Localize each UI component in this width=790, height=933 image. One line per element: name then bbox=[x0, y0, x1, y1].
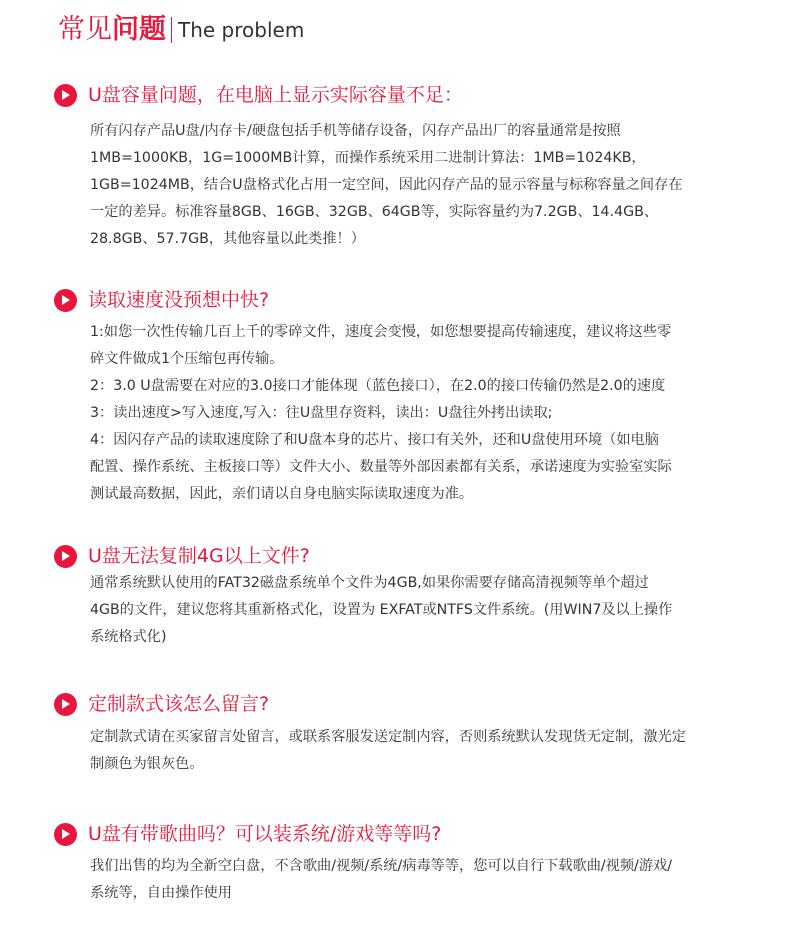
faq-question: 读取速度没预想中快? bbox=[88, 287, 269, 313]
title-cn-light: 常见 bbox=[58, 14, 112, 45]
title-cn-bold: 问题 bbox=[112, 14, 166, 45]
faq-title-row: U盘无法复制4G以上文件? bbox=[54, 543, 310, 569]
answer-line: 配置、操作系统、主板接口等）文件大小、数量等外部因素都有关系，承诺速度为实验室实… bbox=[90, 454, 770, 481]
page-header: 常见问题 The problem bbox=[58, 12, 304, 48]
faq-title-row: U盘有带歌曲吗？可以装系统/游戏等等吗? bbox=[54, 821, 441, 847]
faq-answer: 1:如您一次性传输几百上千的零碎文件，速度会变慢，如您想要提高传输速度，建议将这… bbox=[90, 319, 770, 508]
faq-question: U盘无法复制4G以上文件? bbox=[88, 543, 310, 569]
faq-question: U盘有带歌曲吗？可以装系统/游戏等等吗? bbox=[88, 821, 441, 847]
answer-line: 1:如您一次性传输几百上千的零碎文件，速度会变慢，如您想要提高传输速度，建议将这… bbox=[90, 319, 770, 346]
answer-line: 1GB=1024MB，结合U盘格式化占用一定空间，因此闪存产品的显示容量与标称容… bbox=[90, 172, 770, 199]
faq-answer: 所有闪存产品U盘/内存卡/硬盘包括手机等储存设备，闪存产品出厂的容量通常是按照 … bbox=[90, 118, 770, 253]
faq-title-row: 读取速度没预想中快? bbox=[54, 287, 269, 313]
answer-line: 所有闪存产品U盘/内存卡/硬盘包括手机等储存设备，闪存产品出厂的容量通常是按照 bbox=[90, 118, 770, 145]
answer-line: 2：3.0 U盘需要在对应的3.0接口才能体现（蓝色接口），在2.0的接口传输仍… bbox=[90, 373, 770, 400]
answer-line: 一定的差异。标准容量8GB、16GB、32GB、64GB等，实际容量约为7.2G… bbox=[90, 199, 770, 226]
faq-question: U盘容量问题，在电脑上显示实际容量不足： bbox=[88, 82, 463, 108]
faq-title-row: 定制款式该怎么留言? bbox=[54, 691, 269, 717]
faq-answer: 通常系统默认使用的FAT32磁盘系统单个文件为4GB,如果你需要存储高清视频等单… bbox=[90, 570, 770, 651]
answer-line: 4GB的文件，建议您将其重新格式化，设置为 EXFAT或NTFS文件系统。(用W… bbox=[90, 597, 770, 624]
answer-line: 4：因闪存产品的读取速度除了和U盘本身的芯片、接口有关外，还和U盘使用环境（如电… bbox=[90, 427, 770, 454]
answer-line: 碎文件做成1个压缩包再传输。 bbox=[90, 346, 770, 373]
play-circle-icon bbox=[54, 289, 77, 312]
answer-line: 我们出售的均为全新空白盘，不含歌曲/视频/系统/病毒等等，您可以自行下载歌曲/视… bbox=[90, 853, 770, 880]
faq-answer: 定制款式请在买家留言处留言，或联系客服发送定制内容，否则系统默认发现货无定制，激… bbox=[90, 724, 770, 778]
answer-line: 28.8GB、57.7GB，其他容量以此类推！） bbox=[90, 226, 770, 253]
answer-line: 通常系统默认使用的FAT32磁盘系统单个文件为4GB,如果你需要存储高清视频等单… bbox=[90, 570, 770, 597]
answer-line: 系统格式化) bbox=[90, 624, 770, 651]
answer-line: 系统等，自由操作使用 bbox=[90, 880, 770, 907]
play-circle-icon bbox=[54, 84, 77, 107]
answer-line: 1MB=1000KB，1G=1000MB计算，而操作系统采用二进制计算法：1MB… bbox=[90, 145, 770, 172]
play-circle-icon bbox=[54, 823, 77, 846]
faq-answer: 我们出售的均为全新空白盘，不含歌曲/视频/系统/病毒等等，您可以自行下载歌曲/视… bbox=[90, 853, 770, 907]
play-circle-icon bbox=[54, 693, 77, 716]
faq-question: 定制款式该怎么留言? bbox=[88, 691, 269, 717]
answer-line: 制颜色为银灰色。 bbox=[90, 751, 770, 778]
answer-line: 定制款式请在买家留言处留言，或联系客服发送定制内容，否则系统默认发现货无定制，激… bbox=[90, 724, 770, 751]
page-title-en: The problem bbox=[178, 12, 304, 48]
answer-line: 3：读出速度>写入速度,写入：往U盘里存资料，读出：U盘往外拷出读取; bbox=[90, 400, 770, 427]
answer-line: 测试最高数据，因此，亲们请以自身电脑实际读取速度为准。 bbox=[90, 481, 770, 508]
play-circle-icon bbox=[54, 545, 77, 568]
title-divider bbox=[171, 17, 172, 43]
faq-title-row: U盘容量问题，在电脑上显示实际容量不足： bbox=[54, 82, 463, 108]
page-title-cn: 常见问题 bbox=[58, 12, 166, 48]
